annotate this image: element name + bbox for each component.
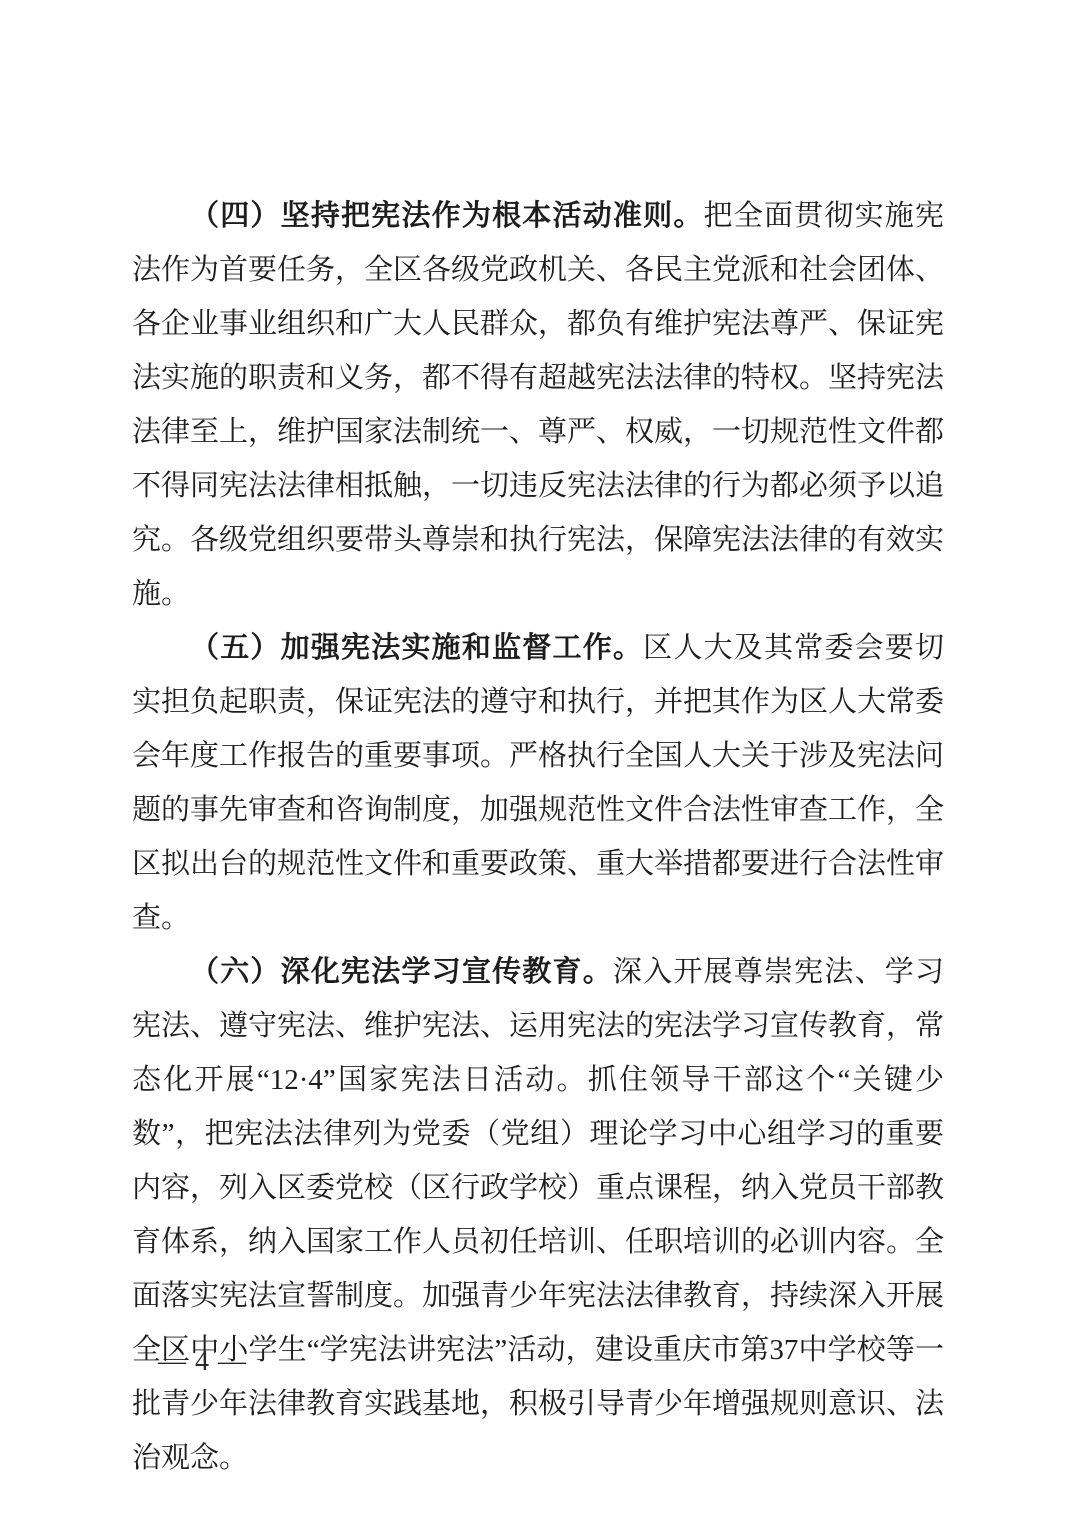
paragraph-6-body: 深入开展尊崇宪法、学习宪法、遵守宪法、维护宪法、运用宪法的宪法学习宣传教育，常态…: [132, 956, 944, 1474]
page-number: — 4 —: [158, 1346, 247, 1377]
document-body: （四）坚持把宪法作为根本活动准则。把全面贯彻实施宪法作为首要任务，全区各级党政机…: [132, 189, 944, 1485]
paragraph-5-lead: （五）加强宪法实施和监督工作。: [190, 632, 643, 664]
paragraph-5: （五）加强宪法实施和监督工作。区人大及其常委会要切实担负起职责，保证宪法的遵守和…: [132, 621, 944, 945]
paragraph-4: （四）坚持把宪法作为根本活动准则。把全面贯彻实施宪法作为首要任务，全区各级党政机…: [132, 189, 944, 621]
paragraph-4-lead: （四）坚持把宪法作为根本活动准则。: [190, 200, 704, 232]
paragraph-6-lead: （六）深化宪法学习宣传教育。: [190, 956, 613, 988]
page-footer: — 4 —: [158, 1346, 247, 1378]
paragraph-5-body: 区人大及其常委会要切实担负起职责，保证宪法的遵守和执行，并把其作为区人大常委会年…: [132, 632, 944, 934]
paragraph-6: （六）深化宪法学习宣传教育。深入开展尊崇宪法、学习宪法、遵守宪法、维护宪法、运用…: [132, 945, 944, 1485]
document-page: （四）坚持把宪法作为根本活动准则。把全面贯彻实施宪法作为首要任务，全区各级党政机…: [0, 0, 1074, 1520]
paragraph-4-body: 把全面贯彻实施宪法作为首要任务，全区各级党政机关、各民主党派和社会团体、各企业事…: [132, 200, 944, 610]
